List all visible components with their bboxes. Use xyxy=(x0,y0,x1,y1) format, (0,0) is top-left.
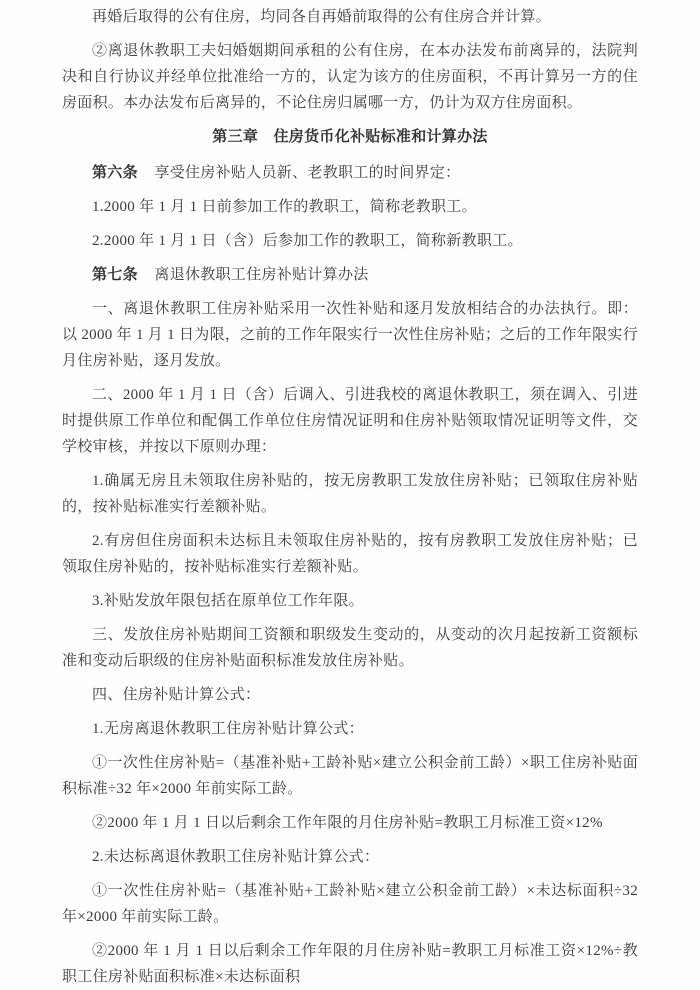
document-body: 再婚后取得的公有住房，均同各自再婚前取得的公有住房合并计算。②离退休教职工夫妇婚… xyxy=(62,4,638,990)
chapter-heading: 第三章 住房货币化补贴标准和计算办法 xyxy=(62,124,638,150)
body-paragraph: 1.2000 年 1 月 1 日前参加工作的教职工，简称老教职工。 xyxy=(62,194,638,220)
article-heading: 第七条离退休教职工住房补贴计算办法 xyxy=(62,262,638,288)
article-title-text: 享受住房补贴人员新、老教职工的时间界定： xyxy=(154,165,460,181)
body-paragraph: ①一次性住房补贴=（基准补贴+工龄补贴×建立公积金前工龄）×职工住房补贴面积标准… xyxy=(62,750,638,802)
body-paragraph: 二、2000 年 1 月 1 日（含）后调入、引进我校的离退休教职工，须在调入、… xyxy=(62,382,638,460)
document-page: 再婚后取得的公有住房，均同各自再婚前取得的公有住房合并计算。②离退休教职工夫妇婚… xyxy=(0,0,700,990)
body-paragraph: ②2000 年 1 月 1 日以后剩余工作年限的月住房补贴=教职工月标准工资×1… xyxy=(62,810,638,836)
body-paragraph: 2.2000 年 1 月 1 日（含）后参加工作的教职工，简称新教职工。 xyxy=(62,228,638,254)
body-paragraph: 一、离退休教职工住房补贴采用一次性补贴和逐月发放相结合的办法执行。即：以 200… xyxy=(62,296,638,374)
article-number: 第六条 xyxy=(92,165,138,181)
body-paragraph: 再婚后取得的公有住房，均同各自再婚前取得的公有住房合并计算。 xyxy=(62,4,638,30)
body-paragraph: 3.补贴发放年限包括在原单位工作年限。 xyxy=(62,588,638,614)
article-heading: 第六条享受住房补贴人员新、老教职工的时间界定： xyxy=(62,160,638,186)
body-paragraph: 2.有房但住房面积未达标且未领取住房补贴的，按有房教职工发放住房补贴；已领取住房… xyxy=(62,528,638,580)
article-number: 第七条 xyxy=(92,267,138,283)
article-title-text: 离退休教职工住房补贴计算办法 xyxy=(154,267,368,283)
body-paragraph: ②离退休教职工夫妇婚姻期间承租的公有住房，在本办法发布前离异的，法院判决和自行协… xyxy=(62,38,638,116)
body-paragraph: 四、住房补贴计算公式： xyxy=(62,682,638,708)
body-paragraph: ①一次性住房补贴=（基准补贴+工龄补贴×建立公积金前工龄）×未达标面积÷32 年… xyxy=(62,878,638,930)
body-paragraph: 三、发放住房补贴期间工资额和职级发生变动的，从变动的次月起按新工资额标准和变动后… xyxy=(62,622,638,674)
body-paragraph: ②2000 年 1 月 1 日以后剩余工作年限的月住房补贴=教职工月标准工资×1… xyxy=(62,938,638,990)
body-paragraph: 2.未达标离退休教职工住房补贴计算公式： xyxy=(62,844,638,870)
body-paragraph: 1.确属无房且未领取住房补贴的，按无房教职工发放住房补贴；已领取住房补贴的，按补… xyxy=(62,468,638,520)
body-paragraph: 1.无房离退休教职工住房补贴计算公式： xyxy=(62,716,638,742)
